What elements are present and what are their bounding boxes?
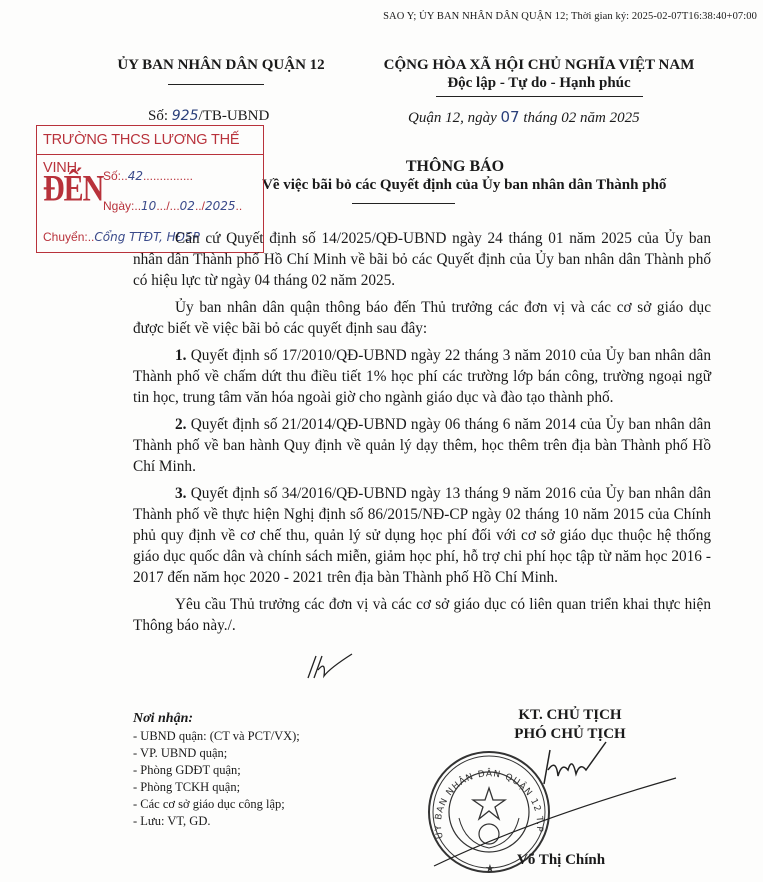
signature-role: KT. CHỦ TỊCH	[470, 706, 670, 725]
paragraph-notice: Ủy ban nhân dân quận thông báo đến Thủ t…	[133, 297, 711, 339]
stamp-number-row: Số:..42...............	[103, 169, 193, 183]
digital-signature-note: SAO Y; ỦY BAN NHÂN DÂN QUẬN 12; Thời gia…	[383, 11, 757, 22]
divider	[352, 203, 455, 204]
place-date: Quận 12, ngày 07 tháng 02 năm 2025	[408, 108, 640, 127]
issuing-organization: ỦY BAN NHÂN DÂN QUẬN 12	[98, 57, 344, 74]
divider	[168, 84, 264, 85]
document-number: Số: 925/TB-UBND	[148, 108, 269, 125]
national-motto: Độc lập - Tự do - Hạnh phúc	[374, 75, 704, 92]
list-item: 3. Quyết định số 34/2016/QĐ-UBND ngày 13…	[133, 483, 711, 588]
initials-signature-icon	[300, 650, 356, 682]
signature-block: KT. CHỦ TỊCH PHÓ CHỦ TỊCH	[470, 706, 670, 744]
divider	[436, 96, 643, 97]
paragraph-basis: Căn cứ Quyết định số 14/2025/QĐ-UBND ngà…	[133, 228, 711, 291]
handwritten-number: 925	[172, 108, 199, 124]
recipient-item: - Phòng TCKH quận;	[133, 779, 300, 796]
national-title: CỘNG HÒA XÃ HỘI CHỦ NGHĨA VIỆT NAM	[374, 57, 704, 74]
signer-name: Võ Thị Chính	[517, 852, 605, 869]
list-item: 2. Quyết định số 21/2014/QĐ-UBND ngày 06…	[133, 414, 711, 477]
recipient-item: - Các cơ sở giáo dục công lập;	[133, 796, 300, 813]
list-item: 1. Quyết định số 17/2010/QĐ-UBND ngày 22…	[133, 345, 711, 408]
stamp-date-row: Ngày:..10.../...02../2025..	[103, 199, 242, 213]
document-subtitle: Về việc bãi bỏ các Quyết định của Ủy ban…	[262, 177, 666, 194]
document-title: THÔNG BÁO	[240, 158, 670, 176]
recipients-list: Nơi nhận: - UBND quận: (CT và PCT/VX); -…	[133, 710, 300, 830]
recipient-item: - VP. UBND quận;	[133, 745, 300, 762]
stamp-den-label: ĐẾN	[43, 168, 103, 211]
document-body: Căn cứ Quyết định số 14/2025/QĐ-UBND ngà…	[133, 228, 711, 642]
recipient-item: - Phòng GDĐT quận;	[133, 762, 300, 779]
paragraph-closing: Yêu cầu Thủ trưởng các đơn vị và các cơ …	[133, 594, 711, 636]
recipient-item: - Lưu: VT, GD.	[133, 813, 300, 830]
recipients-heading: Nơi nhận:	[133, 710, 300, 727]
recipient-item: - UBND quận: (CT và PCT/VX);	[133, 728, 300, 745]
stamp-school-name: TRƯỜNG THCS LƯƠNG THẾ VINH	[37, 126, 263, 155]
stamp-number-value: 42	[128, 169, 143, 183]
